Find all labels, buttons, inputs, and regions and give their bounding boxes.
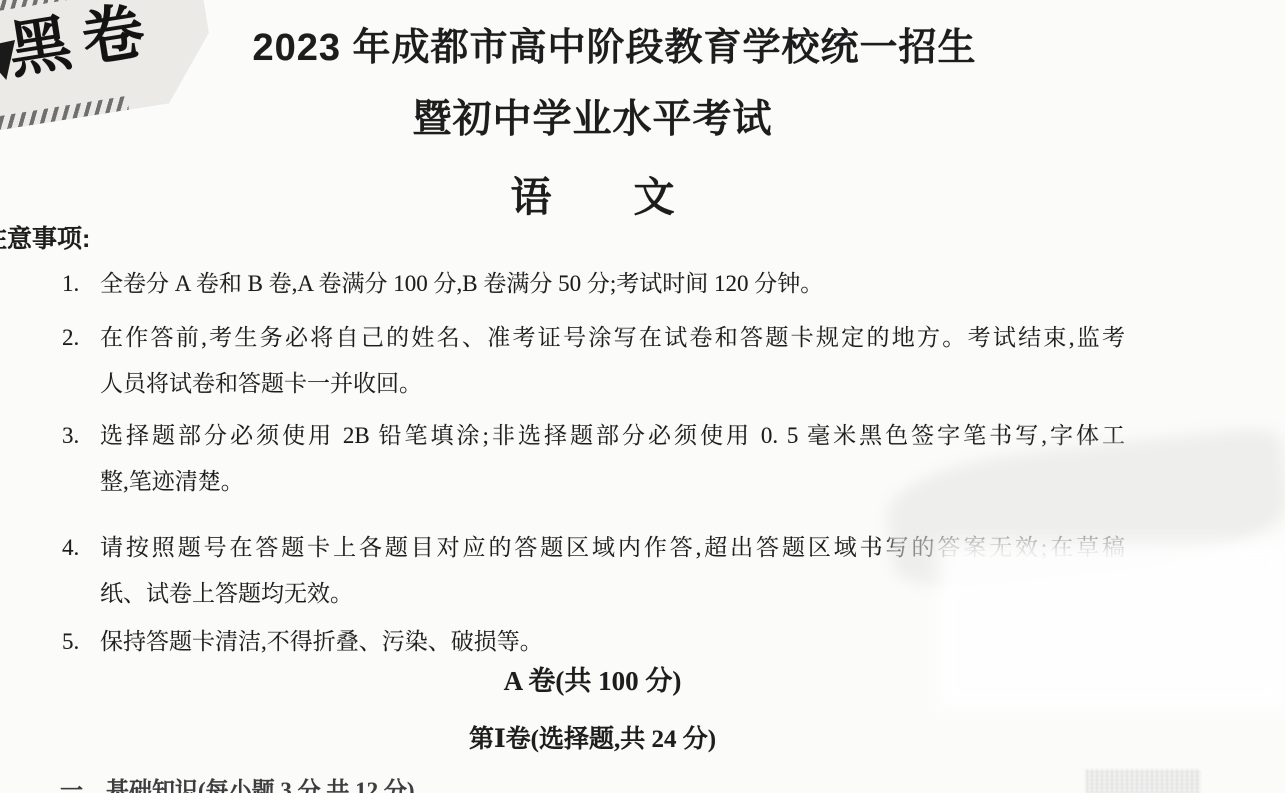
- notice-item: 1. 全卷分 A 卷和 B 卷,A 卷满分 100 分,B 卷满分 50 分;考…: [62, 261, 1125, 307]
- notice-line: 人员将试卷和答题卡一并收回。: [100, 361, 1125, 407]
- notice-number: 2.: [62, 315, 100, 407]
- exam-paper-scan: 黑卷 2023 年成都市高中阶段教育学校统一招生 暨初中学业水平考试 语 文 注…: [0, 0, 1285, 793]
- notice-item: 2. 在作答前,考生务必将自己的姓名、准考证号涂写在试卷和答题卡规定的地方。考试…: [62, 315, 1125, 407]
- notice-number: 4.: [62, 525, 100, 617]
- title-line-2: 暨初中学业水平考试: [0, 88, 1185, 144]
- notice-line: 选择题部分必须使用 2B 铅笔填涂;非选择题部分必须使用 0. 5 毫米黑色签字…: [100, 413, 1125, 459]
- clipped-bottom-line: 一、基础知识(每小题 3 分,共 12 分): [60, 776, 1160, 793]
- title-line-1: 2023 年成都市高中阶段教育学校统一招生: [22, 16, 1207, 71]
- part-one-heading: 第Ⅰ卷(选择题,共 24 分): [0, 719, 1185, 755]
- subject-title: 语 文: [0, 164, 1185, 223]
- notice-number: 3.: [62, 413, 100, 505]
- notice-number: 1.: [62, 261, 100, 307]
- scan-flare: [938, 542, 1285, 710]
- scan-speckle: [1086, 769, 1201, 793]
- notice-line: 全卷分 A 卷和 B 卷,A 卷满分 100 分,B 卷满分 50 分;考试时间…: [100, 261, 1125, 307]
- notice-line: 在作答前,考生务必将自己的姓名、准考证号涂写在试卷和答题卡规定的地方。考试结束,…: [100, 315, 1125, 361]
- notice-heading: 注意事项:: [0, 219, 90, 255]
